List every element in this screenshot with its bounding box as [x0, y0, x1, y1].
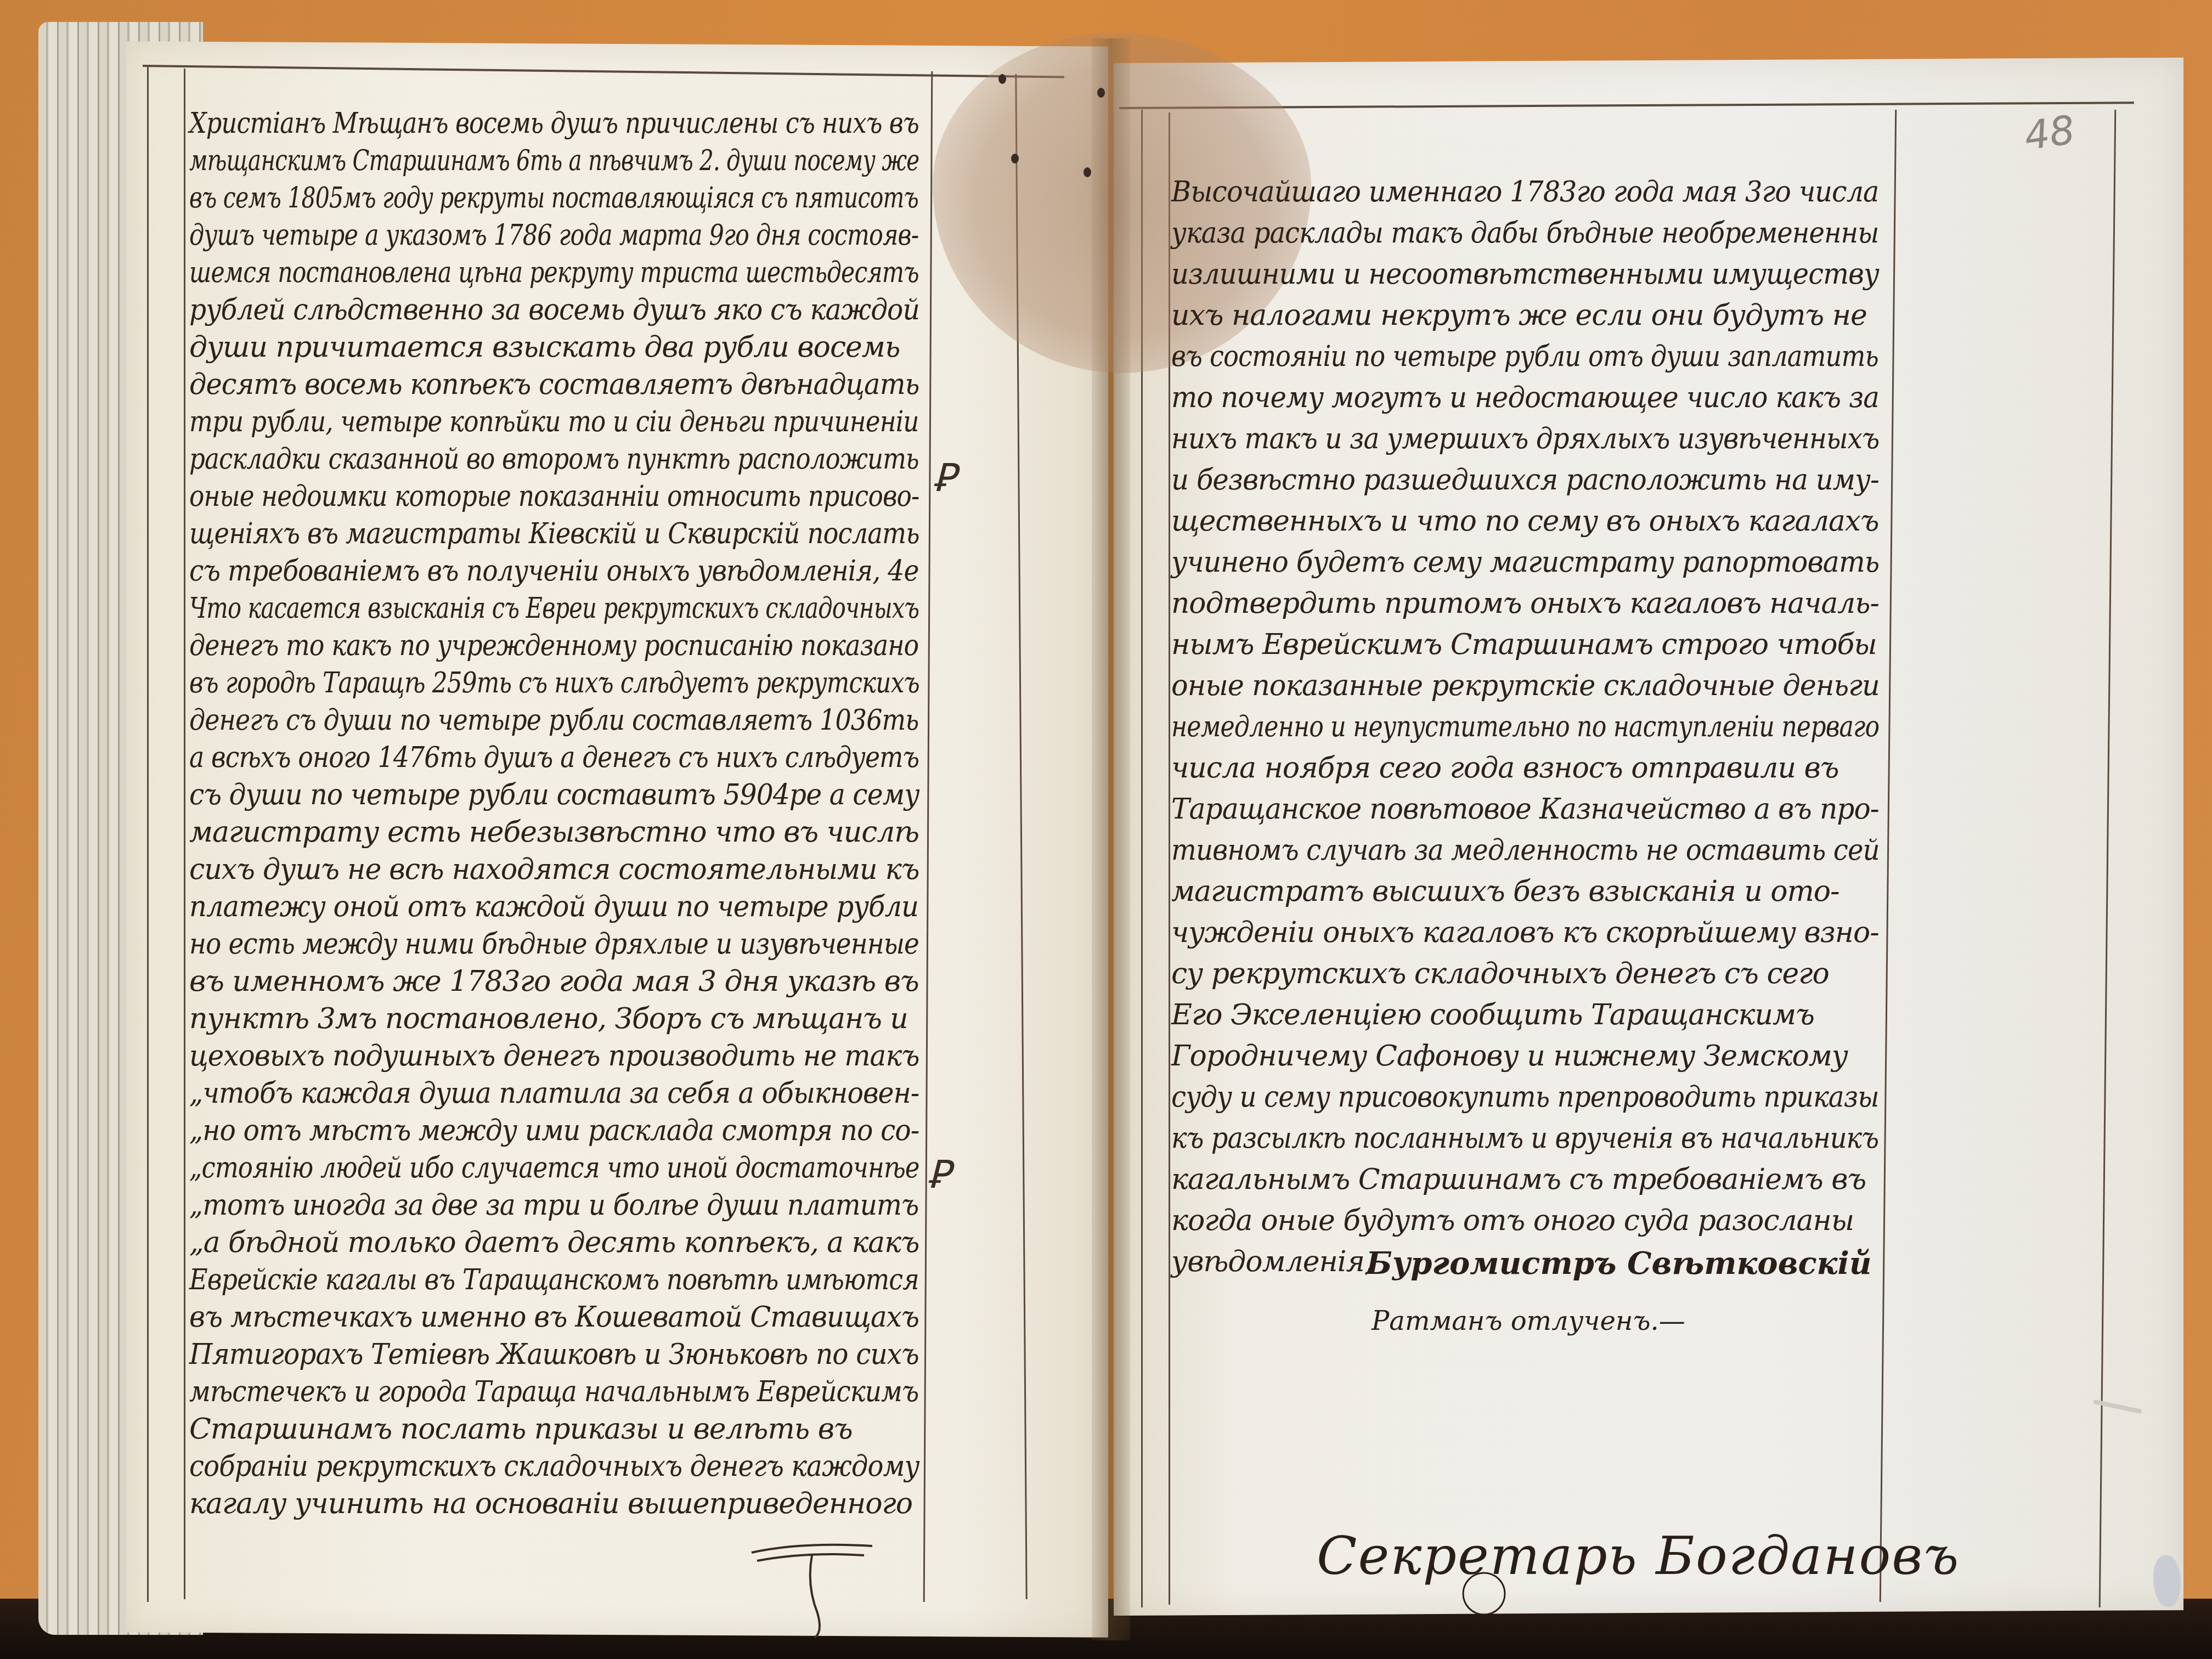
- manuscript-line: су рекрутскихъ складочныхъ денегъ съ сег…: [1171, 957, 1829, 990]
- manuscript-line: раскладки сказанной во второмъ пунктѣ ра…: [189, 443, 919, 476]
- manuscript-line: нихъ такъ и за умершихъ дряхлыхъ изувѣче…: [1171, 422, 1879, 455]
- manuscript-line: излишними и несоотвѣтственными имуществу: [1171, 258, 1879, 291]
- manuscript-line: платежу оной отъ каждой души по четыре р…: [189, 890, 918, 923]
- manuscript-line: оные недоимки которые показанніи относит…: [189, 480, 919, 513]
- manuscript-line: оные показанные рекрутскіе складочные де…: [1171, 669, 1880, 702]
- manuscript-line: кагалу учинить на основаніи вышеприведен…: [189, 1487, 912, 1520]
- manuscript-line: собраніи рекрутскихъ складочныхъ денегъ …: [189, 1450, 919, 1483]
- manuscript-line: мѣщанскимъ Старшинамъ 6ть а пѣвчимъ 2. д…: [189, 144, 919, 177]
- manuscript-line: къ разсылкѣ посланнымъ и врученія въ нач…: [1171, 1122, 1878, 1155]
- manuscript-line: шемся постановлена цѣна рекруту триста ш…: [189, 256, 919, 289]
- manuscript-line: кагальнымъ Старшинамъ съ требованіемъ въ: [1171, 1163, 1866, 1196]
- manuscript-line: души причитается взыскать два рубли восе…: [189, 331, 900, 364]
- manuscript-line: въ мѣстечкахъ именно въ Кошеватой Ставищ…: [189, 1301, 919, 1334]
- manuscript-line: мѣстечекъ и города Тараща начальнымъ Евр…: [189, 1375, 918, 1408]
- binding-hole: [1011, 154, 1019, 163]
- manuscript-line: тивномъ случаѣ за медленность не оставит…: [1171, 834, 1880, 867]
- paraph-flourish: [746, 1531, 878, 1640]
- manuscript-line: а всѣхъ оного 1476ть душъ а денегъ съ ни…: [189, 741, 919, 774]
- manuscript-line: когда оные будутъ отъ оного суда разосла…: [1171, 1204, 1854, 1237]
- manuscript-line: въ состояніи по четыре рубли отъ души за…: [1171, 340, 1878, 373]
- manuscript-line: рублей слѣдственно за восемь душъ яко съ…: [189, 294, 919, 326]
- manuscript-line: магистратъ высшихъ безъ взысканія и ото-: [1171, 875, 1839, 908]
- manuscript-line: душъ четыре а указомъ 1786 года марта 9г…: [189, 219, 919, 252]
- manuscript-line: числа ноября сего года взносъ отправили …: [1171, 752, 1838, 785]
- manuscript-line: денегъ то какъ по учрежденному росписані…: [189, 629, 918, 662]
- manuscript-line: Пятигорахъ Тетіевѣ Жашковѣ и Зюньковѣ по…: [189, 1338, 919, 1371]
- binding-hole: [998, 74, 1006, 84]
- folio-number: 48: [2022, 106, 2078, 159]
- seal-circle-mark: [1459, 1569, 1509, 1618]
- manuscript-line: Городничему Сафонову и нижнему Земскому: [1171, 1040, 1848, 1073]
- manuscript-line: подтвердить притомъ оныхъ кагаловъ начал…: [1171, 587, 1879, 620]
- right-page-text: Высочайшаго именнаго 1783го года мая 3го…: [1171, 176, 1884, 1328]
- manuscript-line: и безвѣстно разшедшихся расположить на и…: [1171, 464, 1879, 496]
- manuscript-line: денегъ съ души по четыре рубли составляе…: [189, 704, 918, 737]
- manuscript-line: три рубли, четыре копѣйки то и сіи деньг…: [189, 405, 919, 438]
- manuscript-line: „чтобъ каждая душа платила за себя а обы…: [189, 1077, 919, 1110]
- manuscript-line: въ семъ 1805мъ году рекруты поставляющія…: [189, 182, 918, 215]
- manuscript-line: Таращанское повѣтовое Казначейство а въ …: [1171, 793, 1879, 826]
- manuscript-line: сихъ душъ не всѣ находятся состоятельным…: [189, 853, 919, 886]
- secretary-signature: Секретарь Богдановъ: [1317, 1525, 1960, 1587]
- manuscript-line: съ души по четыре рубли составитъ 5904ре…: [189, 778, 919, 811]
- manuscript-line: „тотъ иногда за две за три и болѣе души …: [189, 1189, 918, 1222]
- manuscript-line: указа расклады такъ дабы бѣдные необреме…: [1171, 217, 1878, 250]
- ratman-note: Ратманъ отлученъ.—: [1372, 1306, 1685, 1336]
- manuscript-line: чужденіи оныхъ кагаловъ къ скорѣйшему вз…: [1171, 916, 1879, 949]
- manuscript-line: щеніяхъ въ магистраты Кіевскій и Сквирск…: [189, 517, 919, 550]
- manuscript-line: Его Экселенціею сообщить Таращанскимъ: [1171, 998, 1814, 1031]
- manuscript-line: но есть между ними бѣдные дряхлые и изув…: [189, 928, 919, 961]
- manuscript-line: учинено будетъ сему магистрату рапортова…: [1171, 546, 1879, 579]
- binding-hole: [1097, 88, 1105, 98]
- manuscript-line: ихъ налогами некрутъ же если они будутъ …: [1171, 299, 1867, 332]
- manuscript-line: щественныхъ и что по сему въ оныхъ кагал…: [1171, 505, 1878, 538]
- left-page-outer-margin-rule: [147, 66, 149, 1602]
- manuscript-line: „стоянію людей ибо случается что иной до…: [189, 1152, 919, 1184]
- manuscript-line: цеховыхъ подушныхъ денегъ производить не…: [189, 1040, 919, 1073]
- manuscript-line: магистрату есть небезызвѣстно что въ чис…: [189, 816, 919, 849]
- left-page-text: Христіанъ Мѣщанъ восемь душъ причислены …: [189, 107, 924, 1511]
- manuscript-line: немедленно и неупустительно по наступлен…: [1171, 710, 1879, 743]
- manuscript-line: нымъ Еврейскимъ Старшинамъ строго чтобы: [1171, 628, 1877, 661]
- burgomaster-signature: Бургомистръ Свѣтковскій: [1366, 1245, 1871, 1282]
- manuscript-line: пунктѣ 3мъ постановлено, Зборъ съ мѣщанъ…: [189, 1002, 908, 1035]
- manuscript-line: то почему могутъ и недостающее число как…: [1171, 381, 1879, 414]
- manuscript-line: увѣдомленія,: [1171, 1245, 1373, 1278]
- margin-mark: Ꝑ: [927, 1152, 950, 1197]
- binding-hole: [1084, 167, 1091, 177]
- manuscript-line: Старшинамъ послать приказы и велѣть въ: [189, 1413, 853, 1446]
- manuscript-line: суду и сему присовокупить препроводить п…: [1171, 1081, 1879, 1114]
- manuscript-line: „а бѣдной только даетъ десять копѣекъ, а…: [189, 1226, 919, 1259]
- left-page-text-margin-rule: [184, 69, 185, 1599]
- manuscript-line: десятъ восемь копѣекъ составляетъ двѣнад…: [189, 368, 919, 401]
- manuscript-line: Христіанъ Мѣщанъ восемь душъ причислены …: [189, 107, 919, 140]
- manuscript-line: Высочайшаго именнаго 1783го года мая 3го…: [1171, 176, 1878, 208]
- manuscript-line: въ городѣ Таращѣ 259ть съ нихъ слѣдуетъ …: [189, 667, 919, 699]
- margin-mark: Ꝑ: [933, 455, 956, 500]
- manuscript-line: съ требованіемъ въ полученіи оныхъ увѣдо…: [189, 555, 918, 588]
- manuscript-line: Еврейскіе кагалы въ Таращанскомъ повѣтѣ …: [189, 1263, 919, 1296]
- manuscript-line: въ именномъ же 1783го года мая 3 дня ука…: [189, 965, 919, 998]
- manuscript-line: Что касается взысканія съ Евреи рекрутск…: [189, 592, 919, 625]
- manuscript-line: „но отъ мѣстъ между ими расклада смотря …: [189, 1114, 919, 1147]
